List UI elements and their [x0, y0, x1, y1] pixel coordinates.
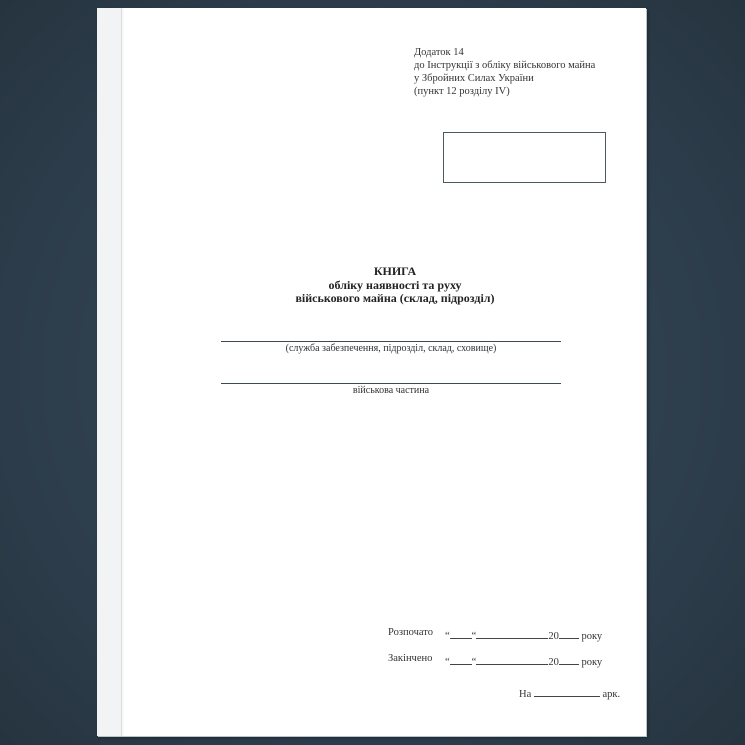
title-main: КНИГА: [195, 265, 595, 279]
day-blank: [450, 653, 472, 665]
appendix-line: до Інструкції з обліку військового майна: [414, 59, 595, 72]
sheets-prefix: На: [519, 689, 531, 700]
binding-stripe: [97, 8, 122, 736]
started-date-fields: ““20 року: [445, 627, 602, 642]
appendix-line: у Збройних Силах України: [414, 72, 595, 85]
day-blank: [450, 627, 472, 639]
appendix-note: Додаток 14 до Інструкції з обліку військ…: [414, 46, 595, 98]
appendix-line: Додаток 14: [414, 46, 595, 59]
service-field-line: [221, 341, 561, 342]
finished-date-fields: ““20 року: [445, 653, 602, 668]
service-field-caption: (служба забезпечення, підрозділ, склад, …: [221, 343, 561, 354]
title-line-3: військового майна (склад, підрозділ): [195, 292, 595, 306]
finished-label: Закінчено: [388, 653, 432, 664]
started-label: Розпочато: [388, 627, 433, 638]
sheets-blank: [534, 685, 600, 697]
month-blank: [476, 627, 548, 639]
sheets-count: На арк.: [519, 685, 620, 700]
year-blank: [559, 653, 579, 665]
year-blank: [559, 627, 579, 639]
appendix-line: (пункт 12 розділу IV): [414, 85, 595, 98]
unit-field-line: [221, 383, 561, 384]
unit-field-caption: військова частина: [221, 385, 561, 396]
document-page: Додаток 14 до Інструкції з обліку військ…: [97, 8, 646, 736]
document-title: КНИГА обліку наявності та руху військово…: [195, 265, 595, 306]
title-line-2: обліку наявності та руху: [195, 279, 595, 293]
sheets-suffix: арк.: [603, 689, 621, 700]
month-blank: [476, 653, 548, 665]
stamp-box: [443, 132, 606, 183]
